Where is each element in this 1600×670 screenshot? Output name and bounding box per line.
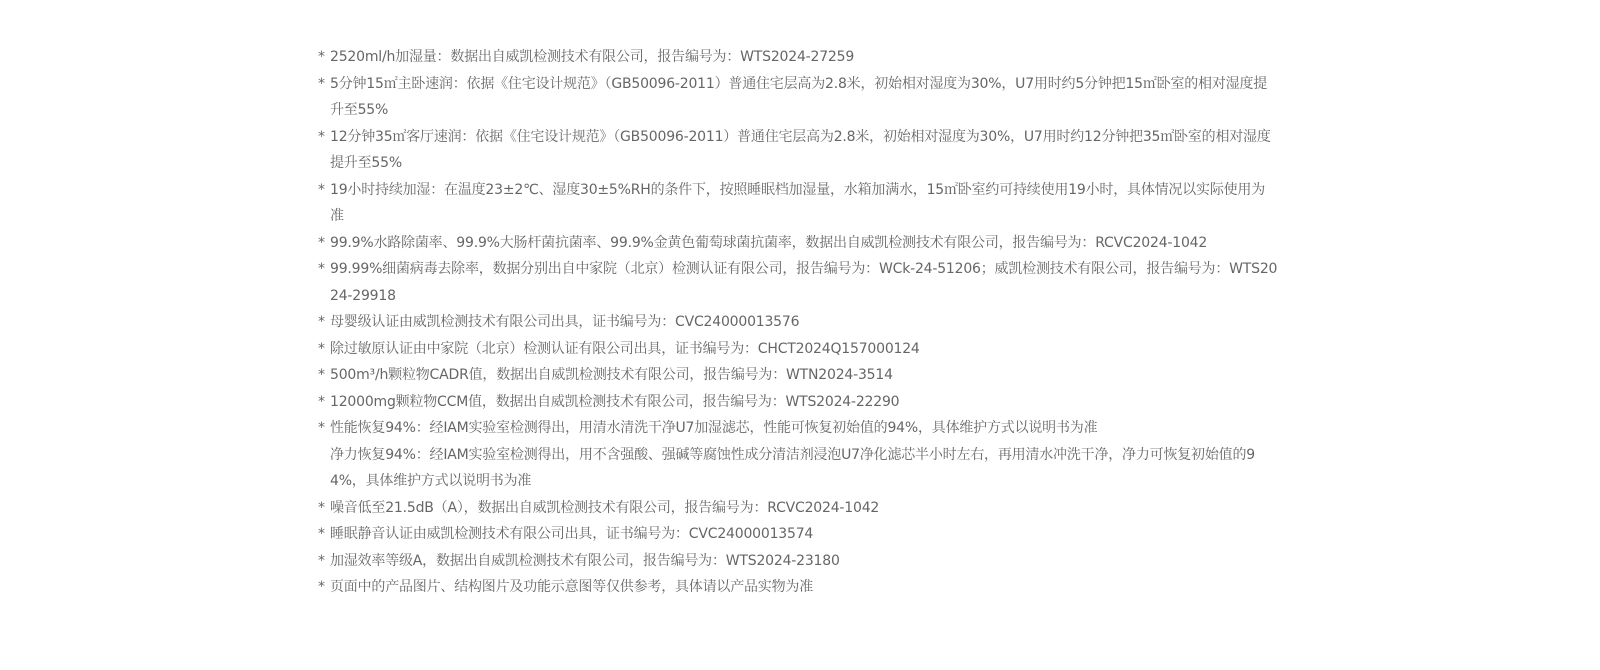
note-text: 19小时持续加湿：在温度23±2℃、湿度30±5%RH的条件下，按照睡眠档加湿量…: [330, 182, 1265, 225]
asterisk-bullet: *: [318, 71, 325, 98]
note-text: 12000mg颗粒物CCM值，数据出自威凯检测技术有限公司，报告编号为：WTS2…: [330, 394, 899, 410]
note-text: 噪音低至21.5dB（A），数据出自威凯检测技术有限公司，报告编号为：RCVC2…: [330, 500, 879, 516]
note-ccm-value: *12000mg颗粒物CCM值，数据出自威凯检测技术有限公司，报告编号为：WTS…: [318, 389, 1278, 416]
note-text: 母婴级认证由威凯检测技术有限公司出具，证书编号为：CVC24000013576: [330, 314, 799, 330]
note-text: 5分钟15㎡主卧速润：依据《住宅设计规范》（GB50096-2011）普通住宅层…: [330, 76, 1267, 119]
note-text: 2520ml/h加湿量：数据出自威凯检测技术有限公司，报告编号为：WTS2024…: [330, 49, 854, 65]
note-text: 99.99%细菌病毒去除率，数据分别出自中家院（北京）检测认证有限公司，报告编号…: [330, 261, 1277, 304]
note-text: 加湿效率等级A，数据出自威凯检测技术有限公司，报告编号为：WTS2024-231…: [330, 553, 840, 569]
asterisk-bullet: *: [318, 495, 325, 522]
note-text: 睡眠静音认证由威凯检测技术有限公司出具，证书编号为：CVC24000013574: [330, 526, 813, 542]
asterisk-bullet: *: [318, 362, 325, 389]
asterisk-bullet: *: [318, 415, 325, 442]
note-image-disclaimer: *页面中的产品图片、结构图片及功能示意图等仅供参考，具体请以产品实物为准: [318, 574, 1278, 601]
note-noise-level: *噪音低至21.5dB（A），数据出自威凯检测技术有限公司，报告编号为：RCVC…: [318, 495, 1278, 522]
note-text: 净力恢复94%：经IAM实验室检测得出，用不含强酸、强碱等腐蚀性成分清洁剂浸泡U…: [330, 447, 1255, 490]
asterisk-bullet: *: [318, 44, 325, 71]
note-bedroom-quick-humidify: *5分钟15㎡主卧速润：依据《住宅设计规范》（GB50096-2011）普通住宅…: [318, 71, 1278, 124]
asterisk-bullet: *: [318, 256, 325, 283]
asterisk-bullet: *: [318, 336, 325, 363]
note-text: 性能恢复94%：经IAM实验室检测得出，用清水清洗干净U7加湿滤芯，性能可恢复初…: [330, 420, 1097, 436]
note-virus-removal-rate: *99.99%细菌病毒去除率，数据分别出自中家院（北京）检测认证有限公司，报告编…: [318, 256, 1278, 309]
asterisk-bullet: *: [318, 309, 325, 336]
note-sleep-quiet-cert: *睡眠静音认证由威凯检测技术有限公司出具，证书编号为：CVC2400001357…: [318, 521, 1278, 548]
note-performance-recovery: *性能恢复94%：经IAM实验室检测得出，用清水清洗干净U7加湿滤芯，性能可恢复…: [318, 415, 1278, 442]
asterisk-bullet: *: [318, 521, 325, 548]
asterisk-bullet: *: [318, 124, 325, 151]
note-humidification-rate: *2520ml/h加湿量：数据出自威凯检测技术有限公司，报告编号为：WTS202…: [318, 44, 1278, 71]
note-text: 99.9%水路除菌率、99.9%大肠杆菌抗菌率、99.9%金黄色葡萄球菌抗菌率，…: [330, 235, 1207, 251]
note-continuous-humidify: *19小时持续加湿：在温度23±2℃、湿度30±5%RH的条件下，按照睡眠档加湿…: [318, 177, 1278, 230]
asterisk-bullet: *: [318, 177, 325, 204]
note-cadr-value: *500m³/h颗粒物CADR值，数据出自威凯检测技术有限公司，报告编号为：WT…: [318, 362, 1278, 389]
asterisk-bullet: *: [318, 230, 325, 257]
asterisk-bullet: *: [318, 548, 325, 575]
disclaimer-notes-list: *2520ml/h加湿量：数据出自威凯检测技术有限公司，报告编号为：WTS202…: [318, 44, 1278, 601]
note-text: 除过敏原认证由中家院（北京）检测认证有限公司出具，证书编号为：CHCT2024Q…: [330, 341, 920, 357]
note-text: 12分钟35㎡客厅速润：依据《住宅设计规范》（GB50096-2011）普通住宅…: [330, 129, 1271, 172]
note-maternal-infant-cert: *母婴级认证由威凯检测技术有限公司出具，证书编号为：CVC24000013576: [318, 309, 1278, 336]
note-text: 页面中的产品图片、结构图片及功能示意图等仅供参考，具体请以产品实物为准: [330, 579, 813, 595]
note-humidify-efficiency: *加湿效率等级A，数据出自威凯检测技术有限公司，报告编号为：WTS2024-23…: [318, 548, 1278, 575]
note-livingroom-quick-humidify: *12分钟35㎡客厅速润：依据《住宅设计规范》（GB50096-2011）普通住…: [318, 124, 1278, 177]
asterisk-bullet: *: [318, 574, 325, 601]
note-purification-recovery: 净力恢复94%：经IAM实验室检测得出，用不含强酸、强碱等腐蚀性成分清洁剂浸泡U…: [318, 442, 1278, 495]
note-antibacterial-rate: *99.9%水路除菌率、99.9%大肠杆菌抗菌率、99.9%金黄色葡萄球菌抗菌率…: [318, 230, 1278, 257]
note-allergen-removal-cert: *除过敏原认证由中家院（北京）检测认证有限公司出具，证书编号为：CHCT2024…: [318, 336, 1278, 363]
asterisk-bullet: *: [318, 389, 325, 416]
note-text: 500m³/h颗粒物CADR值，数据出自威凯检测技术有限公司，报告编号为：WTN…: [330, 367, 893, 383]
